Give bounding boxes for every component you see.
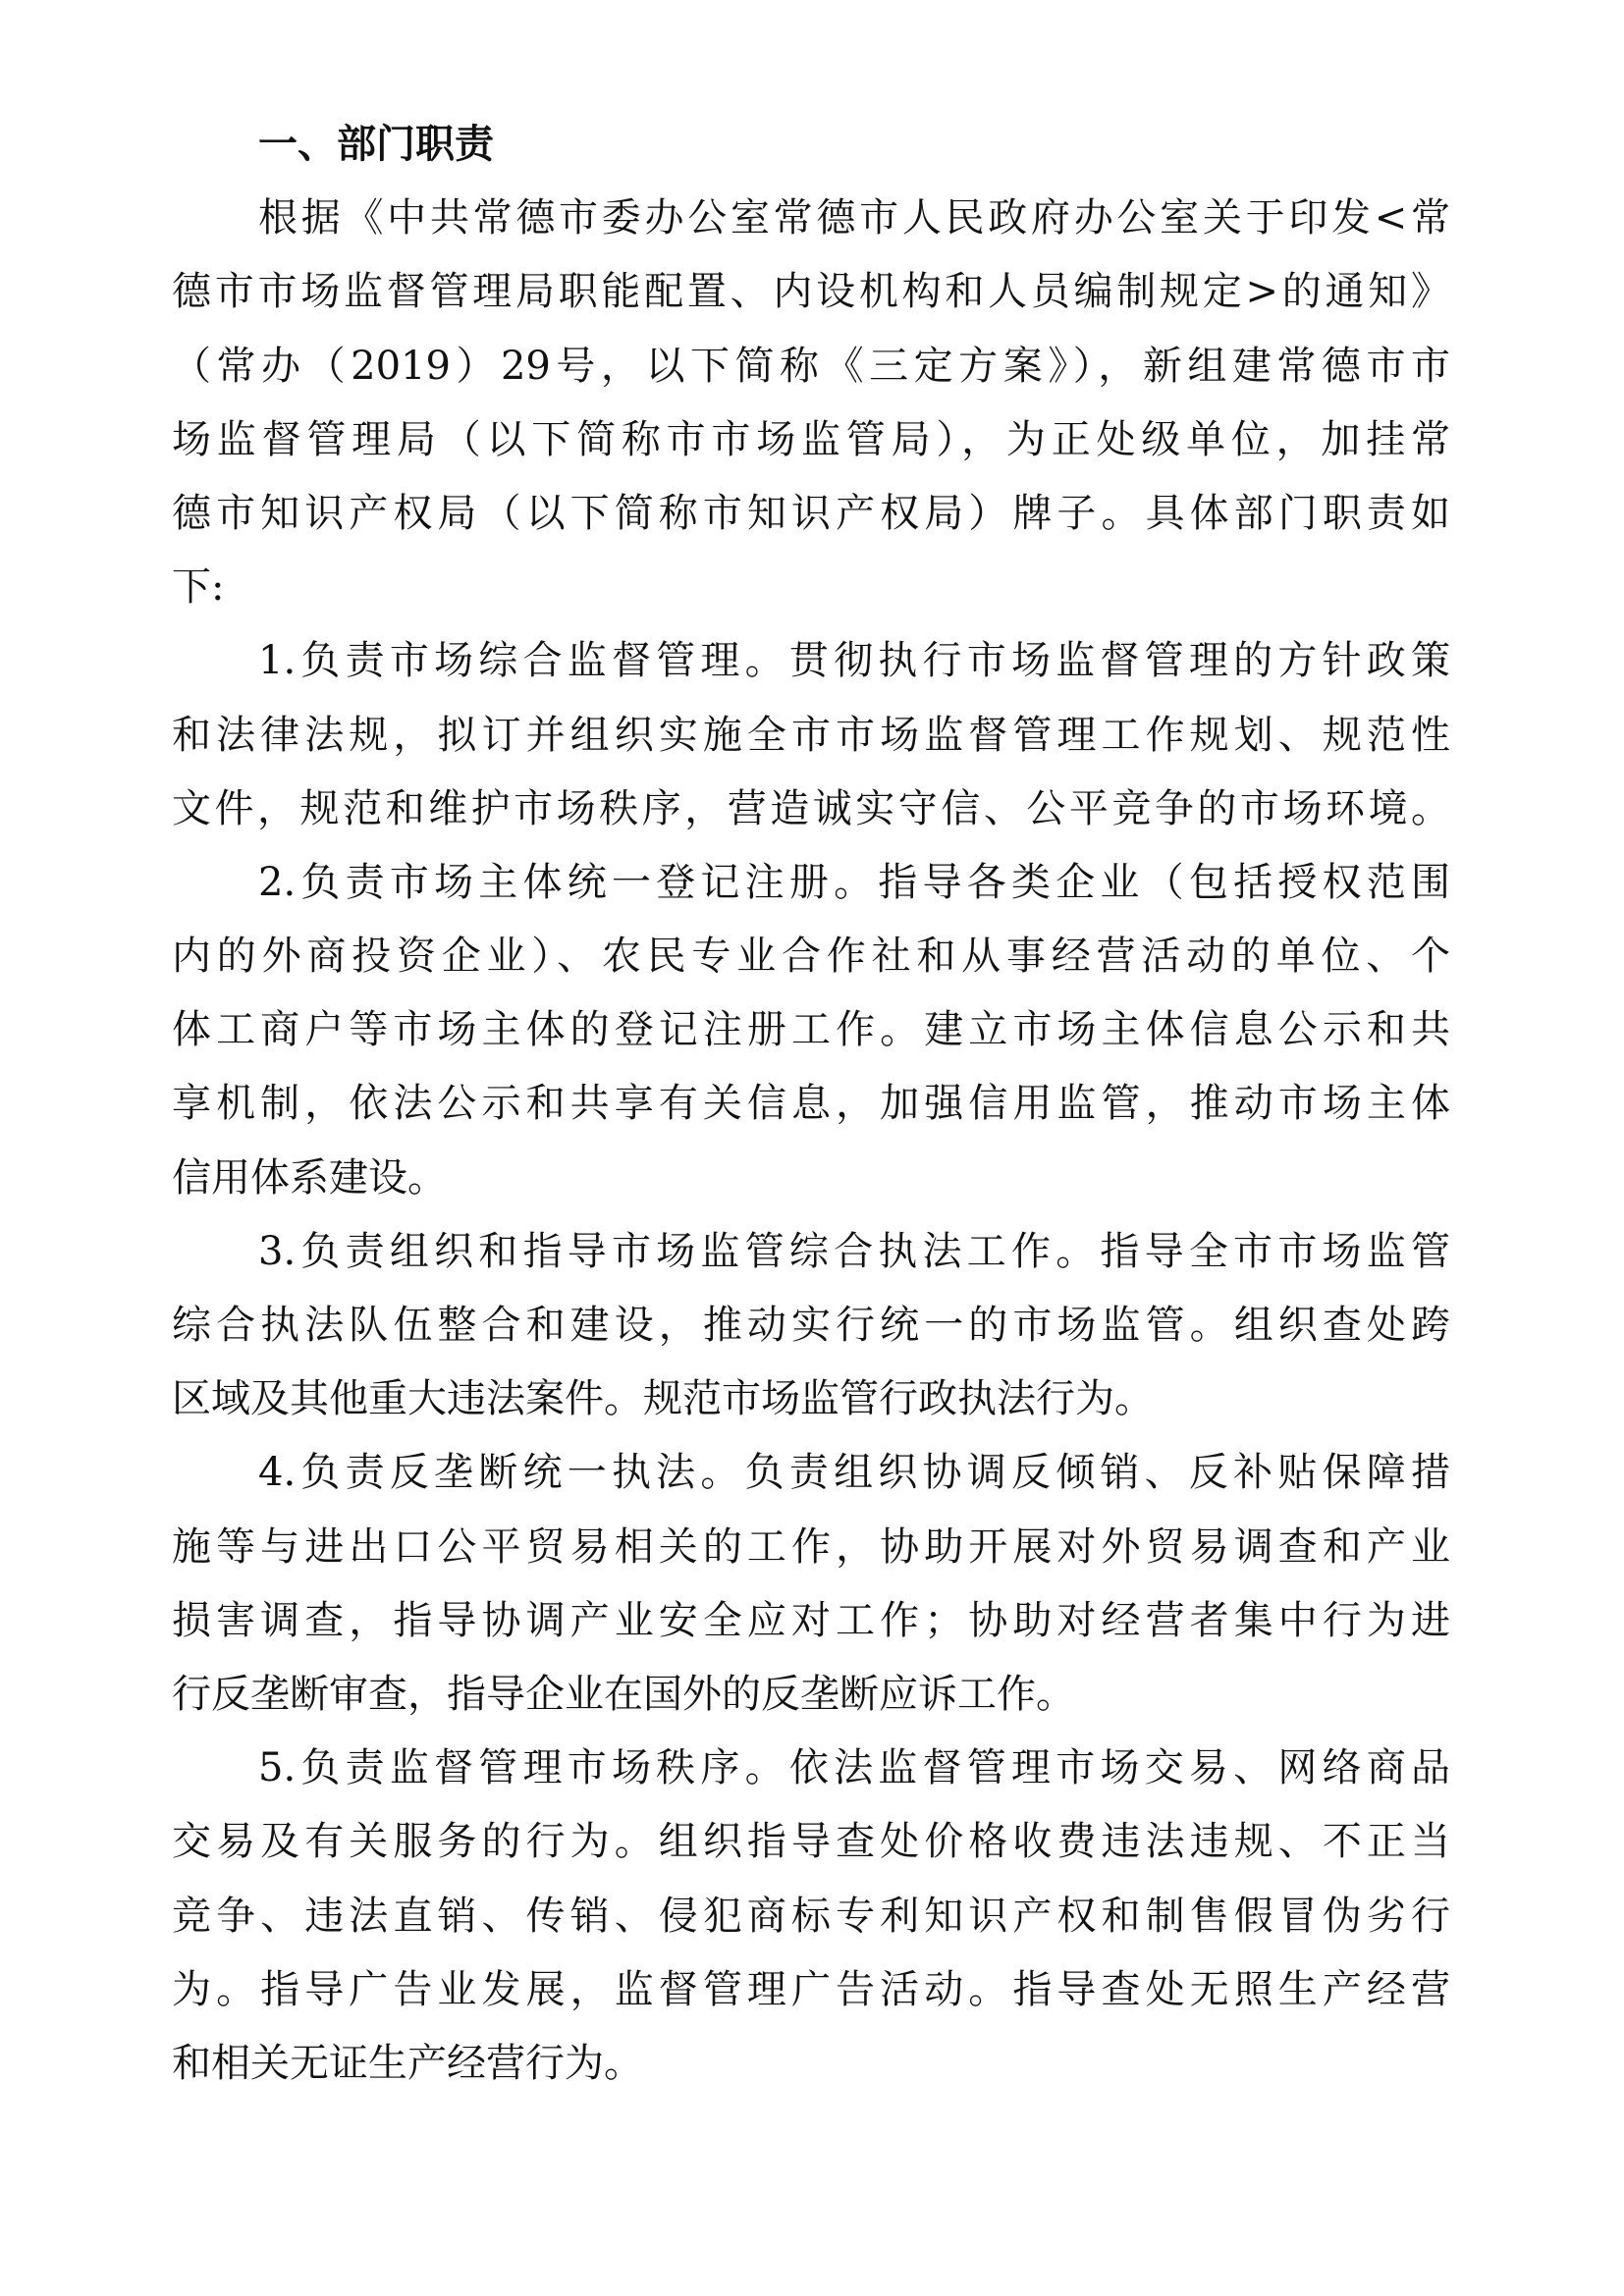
- duty-item-1: 1.负责市场综合监督管理。贯彻执行市场监督管理的方针政策 和法律法规，拟订并组织…: [172, 624, 1450, 846]
- duty-item-4: 4.负责反垄断统一执法。负责组织协调反倾销、反补贴保障措 施等与进出口公平贸易相…: [172, 1436, 1450, 1732]
- paragraph-line: （常办（2019）29号，以下简称《三定方案》），新组建常德市市: [172, 330, 1450, 403]
- duty-item-3: 3.负责组织和指导市场监管综合执法工作。指导全市市场监管 综合执法队伍整合和建设…: [172, 1215, 1450, 1437]
- duty-item-2: 2.负责市场主体统一登记注册。指导各类企业（包括授权范围 内的外商投资企业）、农…: [172, 846, 1450, 1215]
- paragraph-line: 交易及有关服务的行为。组织指导查处价格收费违法违规、不正当: [172, 1805, 1450, 1879]
- paragraph-line: 和相关无证生产经营行为。: [172, 2027, 1450, 2101]
- paragraph-line: 5.负责监督管理市场秩序。依法监督管理市场交易、网络商品: [172, 1732, 1450, 1805]
- paragraph-line: 根据《中共常德市委办公室常德市人民政府办公室关于印发<常: [172, 182, 1450, 255]
- paragraph-line: 内的外商投资企业）、农民专业合作社和从事经营活动的单位、个: [172, 920, 1450, 993]
- intro-paragraph: 根据《中共常德市委办公室常德市人民政府办公室关于印发<常 德市市场监督管理局职能…: [172, 182, 1450, 624]
- section-heading: 一、部门职责: [172, 108, 1450, 182]
- paragraph-line: 4.负责反垄断统一执法。负责组织协调反倾销、反补贴保障措: [172, 1436, 1450, 1510]
- paragraph-line: 下:: [172, 551, 1450, 624]
- document-body: 一、部门职责 根据《中共常德市委办公室常德市人民政府办公室关于印发<常 德市市场…: [172, 108, 1450, 2101]
- paragraph-line: 信用体系建设。: [172, 1142, 1450, 1215]
- duty-item-5: 5.负责监督管理市场秩序。依法监督管理市场交易、网络商品 交易及有关服务的行为。…: [172, 1732, 1450, 2101]
- paragraph-line: 体工商户等市场主体的登记注册工作。建立市场主体信息公示和共: [172, 993, 1450, 1067]
- paragraph-line: 2.负责市场主体统一登记注册。指导各类企业（包括授权范围: [172, 846, 1450, 920]
- paragraph-line: 享机制，依法公示和共享有关信息，加强信用监管，推动市场主体: [172, 1067, 1450, 1141]
- document-page: 一、部门职责 根据《中共常德市委办公室常德市人民政府办公室关于印发<常 德市市场…: [0, 0, 1624, 2296]
- paragraph-line: 行反垄断审查，指导企业在国外的反垄断应诉工作。: [172, 1658, 1450, 1732]
- paragraph-line: 损害调查，指导协调产业安全应对工作；协助对经营者集中行为进: [172, 1584, 1450, 1658]
- paragraph-line: 为。指导广告业发展，监督管理广告活动。指导查处无照生产经营: [172, 1953, 1450, 2027]
- paragraph-line: 文件，规范和维护市场秩序，营造诚实守信、公平竞争的市场环境。: [172, 773, 1450, 846]
- paragraph-line: 施等与进出口公平贸易相关的工作，协助开展对外贸易调查和产业: [172, 1511, 1450, 1584]
- paragraph-line: 和法律法规，拟订并组织实施全市市场监督管理工作规划、规范性: [172, 699, 1450, 773]
- paragraph-line: 竞争、违法直销、传销、侵犯商标专利知识产权和制售假冒伪劣行: [172, 1880, 1450, 1953]
- paragraph-line: 场监督管理局（以下简称市市场监管局），为正处级单位，加挂常: [172, 403, 1450, 477]
- paragraph-line: 区域及其他重大违法案件。规范市场监管行政执法行为。: [172, 1362, 1450, 1436]
- paragraph-line: 德市市场监督管理局职能配置、内设机构和人员编制规定>的通知》: [172, 255, 1450, 329]
- paragraph-line: 1.负责市场综合监督管理。贯彻执行市场监督管理的方针政策: [172, 624, 1450, 698]
- paragraph-line: 德市知识产权局（以下简称市知识产权局）牌子。具体部门职责如: [172, 477, 1450, 551]
- paragraph-line: 综合执法队伍整合和建设，推动实行统一的市场监管。组织查处跨: [172, 1289, 1450, 1362]
- paragraph-line: 3.负责组织和指导市场监管综合执法工作。指导全市市场监管: [172, 1215, 1450, 1289]
